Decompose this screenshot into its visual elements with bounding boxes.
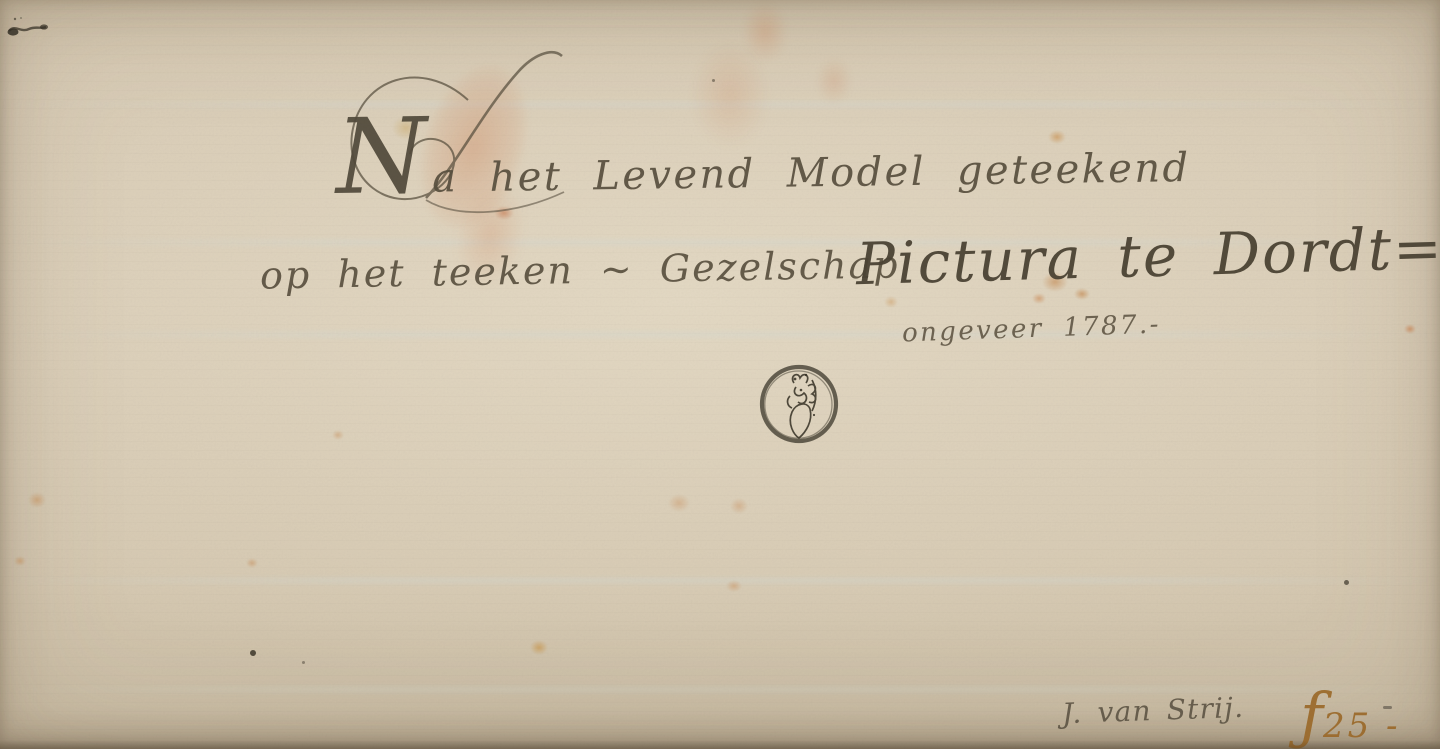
fox-spot (1032, 293, 1046, 304)
paper-sheen-band (0, 331, 1440, 338)
paper-sheen-band (0, 577, 1440, 584)
fox-spot (28, 492, 46, 508)
paper-sheen-band (0, 239, 1440, 246)
ink-speck (1383, 706, 1392, 709)
paper-grain-texture (0, 0, 1440, 749)
red-chalk-streak (444, 174, 535, 296)
rampant-lion-figure (788, 375, 816, 438)
chalk-stain (816, 58, 852, 104)
fox-spot (332, 430, 344, 440)
fox-spot (730, 498, 748, 514)
fox-spot (14, 556, 26, 566)
ink-speck (712, 79, 715, 82)
collectors-stamp (754, 360, 844, 450)
inscription-line-2-part-1: op het teeken ~ Gezelschap (260, 242, 900, 297)
ink-speck (302, 661, 305, 664)
inscription-line-2-part-2: Pictura te Dordt= (855, 214, 1440, 298)
initial-n-flourish (330, 42, 580, 222)
fox-spot (392, 116, 420, 140)
chalk-stain (690, 40, 770, 150)
fox-spot (246, 558, 258, 568)
fox-spot (884, 296, 898, 308)
fox-spot (494, 206, 514, 220)
ink-speck (250, 650, 256, 656)
ink-speck (1344, 580, 1349, 585)
fox-spot (668, 494, 690, 512)
paper-sheen-band (0, 686, 1440, 693)
fox-spot (1048, 130, 1066, 144)
fox-spot (1042, 272, 1068, 292)
ink-smudge (4, 12, 64, 48)
chalk-stain (742, 2, 788, 62)
red-chalk-streak (401, 51, 546, 243)
inscription-date-line: ongeveer 1787.- (902, 309, 1162, 348)
sheet-edge-shadow (0, 740, 1440, 749)
paper-sheet: Na het Levend Model geteekend op het tee… (0, 0, 1440, 749)
fox-spot (530, 640, 548, 655)
artist-signature: J. van Strij. (1061, 691, 1244, 730)
fox-spot (1074, 288, 1090, 300)
inscription-line-1: Na het Levend Model geteekend (335, 90, 1191, 235)
paper-sheen-band (0, 101, 1440, 108)
